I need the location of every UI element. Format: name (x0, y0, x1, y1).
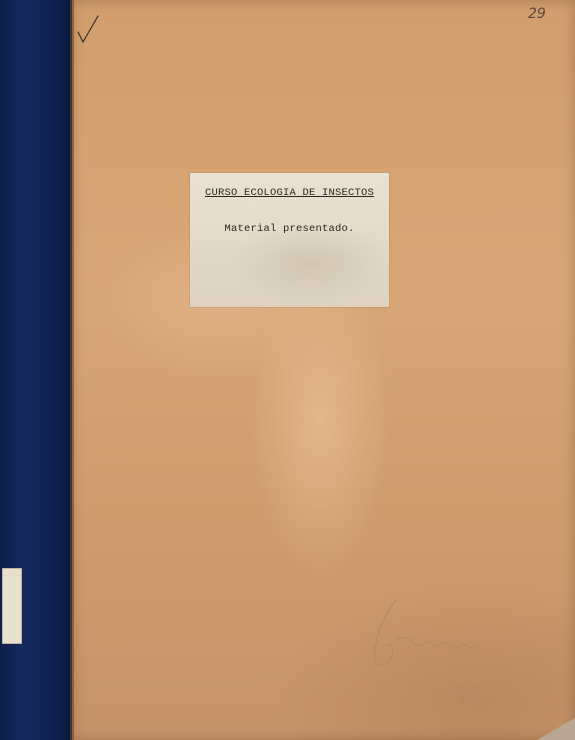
label-subtitle: Material presentado. (190, 223, 389, 235)
page-number: 29 (528, 6, 546, 22)
handwritten-signature (368, 590, 518, 710)
title-label-card: CURSO ECOLOGIA DE INSECTOS Material pres… (190, 173, 389, 307)
spine-edge (70, 0, 74, 740)
label-title: CURSO ECOLOGIA DE INSECTOS (190, 187, 389, 199)
checkmark-icon (76, 14, 100, 44)
spine-label (2, 568, 22, 644)
